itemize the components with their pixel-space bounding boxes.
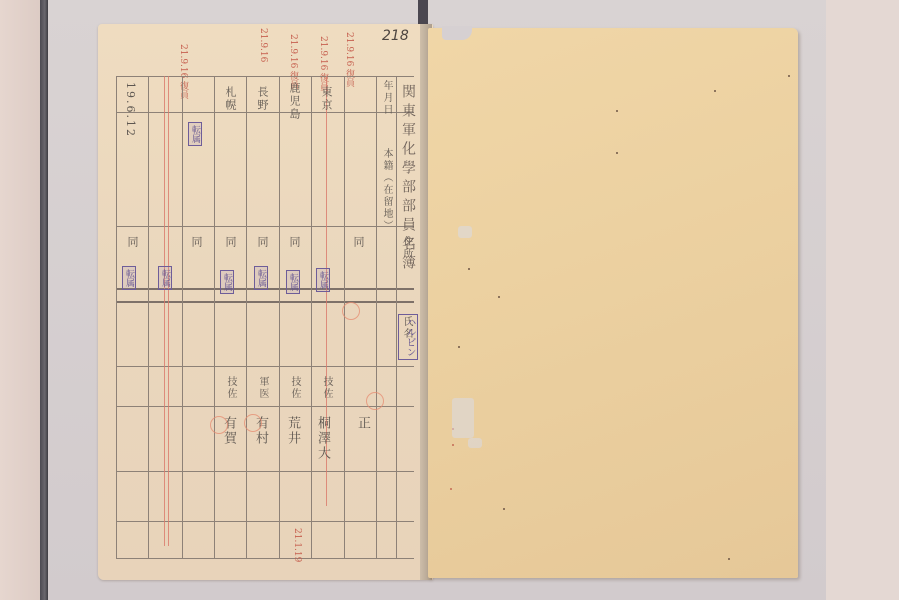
speck [498, 296, 500, 298]
status-cell: 同 [288, 236, 300, 249]
name-cell: 桐澤大 [316, 416, 328, 461]
transfer-stamp: 転属 [316, 268, 330, 292]
register-table: 19.6.12 長野 札幌 東京 鹿児島 年月日 本籍（在留地） 住所 氏名 同… [116, 76, 414, 558]
red-seal [210, 416, 228, 434]
title-stamp: ハルビン [398, 314, 418, 360]
page-number: 218 [382, 28, 409, 44]
status-cell: 同 [256, 236, 268, 249]
transfer-stamp: 転属 [220, 270, 234, 294]
transfer-stamp: 転属 [122, 266, 136, 290]
paper-patch [468, 438, 482, 448]
transfer-stamp: 転属 [188, 122, 202, 146]
right-page-blank [428, 28, 798, 578]
speck [714, 90, 716, 92]
transfer-stamp: 転属 [254, 266, 268, 290]
header-domicile: 本籍（在留地） [380, 148, 392, 232]
red-annotation: 21.1.19 [292, 528, 302, 562]
transfer-stamp: 転属 [286, 270, 300, 294]
rank-cell: 技佐 [320, 376, 332, 400]
red-seal [366, 392, 384, 410]
backdrop-right-panel [826, 0, 899, 600]
speck [788, 75, 790, 77]
speck [728, 558, 730, 560]
red-speck [450, 488, 452, 490]
status-cell: 同 [126, 236, 138, 249]
status-cell: 同 [190, 236, 202, 249]
red-speck [452, 444, 454, 446]
left-page-register: 218 21.9.16 復員 21.9.16 復員 21.9.16 21.9.1… [98, 24, 433, 580]
row-date: 19.6.12 [124, 82, 136, 138]
speck [616, 152, 618, 154]
name-cell: 正 [356, 416, 368, 431]
red-seal [342, 302, 360, 320]
rank-cell: 技佐 [224, 376, 236, 400]
speck [503, 508, 505, 510]
row-region: 鹿児島 [288, 82, 300, 121]
speck [458, 346, 460, 348]
transfer-stamp: 転属 [158, 266, 172, 290]
rank-cell: 技佐 [288, 376, 300, 400]
red-seal [244, 414, 262, 432]
row-region: 長野 [256, 86, 268, 112]
status-cell: 同 [352, 236, 364, 249]
name-cell: 荒井 [286, 416, 298, 446]
speck [616, 110, 618, 112]
rank-cell: 軍医 [256, 376, 268, 400]
binding-rod [40, 0, 48, 600]
paper-patch [452, 398, 474, 438]
row-region: 札幌 [224, 86, 236, 112]
backdrop-left-panel [0, 0, 42, 600]
page-tear [442, 26, 472, 40]
status-cell: 同 [224, 236, 236, 249]
row-region: 東京 [320, 86, 332, 112]
red-annotation: 21.9.16 [258, 28, 268, 62]
speck [468, 268, 470, 270]
paper-patch [458, 226, 472, 238]
header-date: 年月日 [380, 80, 392, 116]
